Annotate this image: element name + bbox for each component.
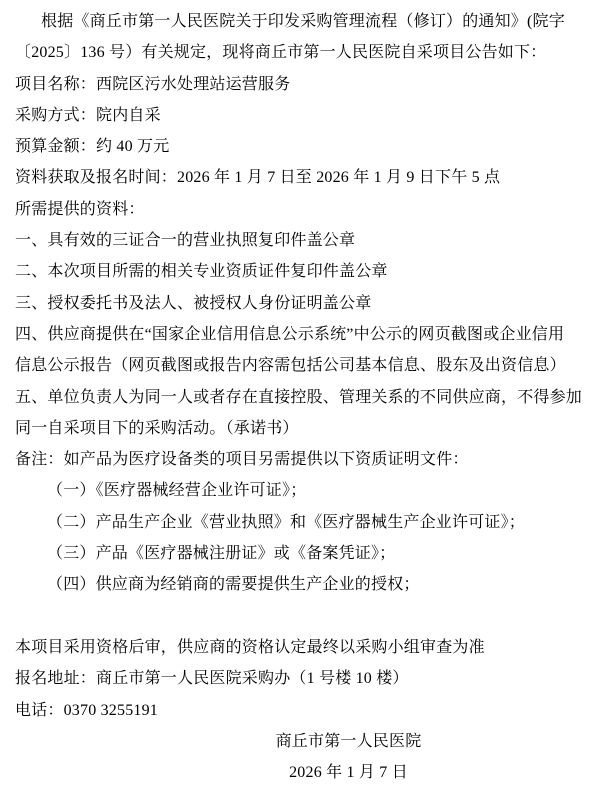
budget-amount: 预算金额：约 40 万元 — [15, 131, 582, 162]
requirement-item-2: 二、本次项目所需的相关专业资质证件复印件盖公章 — [15, 256, 582, 287]
signature-date: 2026 年 1 月 7 日 — [115, 757, 582, 788]
requirement-item-4-line-2: 信息公示报告（网页截图或报告内容需包括公司基本信息、股东及出资信息） — [15, 350, 582, 381]
requirement-item-3: 三、授权委托书及法人、被授权人身份证明盖公章 — [15, 288, 582, 319]
phone-number: 电话：0370 3255191 — [15, 695, 582, 726]
qualification-review-note: 本项目采用资格后审，供应商的资格认定最终以采购小组审查为准 — [15, 632, 582, 663]
requirement-item-5-line-1: 五、单位负责人为同一人或者存在直接控股、管理关系的不同供应商，不得参加 — [15, 382, 582, 413]
registration-address: 报名地址：商丘市第一人民医院采购办（1 号楼 10 楼） — [15, 663, 582, 694]
procurement-method: 采购方式：院内自采 — [15, 100, 582, 131]
requirement-item-1: 一、具有效的三证合一的营业执照复印件盖公章 — [15, 225, 582, 256]
announcement-document: 根据《商丘市第一人民医院关于印发采购管理流程（修订）的通知》(院字 〔2025〕… — [0, 0, 594, 788]
requirement-item-5-line-2: 同一自采项目下的采购活动。（承诺书） — [15, 413, 582, 444]
signature-organization: 商丘市第一人民医院 — [115, 726, 582, 757]
blank-line — [15, 601, 582, 632]
requirement-item-4-line-1: 四、供应商提供在“国家企业信用信息公示系统”中公示的网页截图或企业信用 — [15, 319, 582, 350]
intro-line-2: 〔2025〕136 号）有关规定，现将商丘市第一人民医院自采项目公告如下： — [15, 37, 582, 68]
remark-heading: 备注：如产品为医疗设备类的项目另需提供以下资质证明文件： — [15, 444, 582, 475]
remark-item-4: （四）供应商为经销商的需要提供生产企业的授权； — [15, 569, 582, 600]
project-name: 项目名称：西院区污水处理站运营服务 — [15, 69, 582, 100]
materials-heading: 所需提供的资料： — [15, 194, 582, 225]
remark-item-3: （三）产品《医疗器械注册证》或《备案凭证》； — [15, 538, 582, 569]
remark-item-2: （二）产品生产企业《营业执照》和《医疗器械生产企业许可证》； — [15, 507, 582, 538]
intro-line-1: 根据《商丘市第一人民医院关于印发采购管理流程（修订）的通知》(院字 — [15, 6, 582, 37]
registration-time: 资料获取及报名时间：2026 年 1 月 7 日至 2026 年 1 月 9 日… — [15, 162, 582, 193]
remark-item-1: （一）《医疗器械经营企业许可证》； — [15, 475, 582, 506]
